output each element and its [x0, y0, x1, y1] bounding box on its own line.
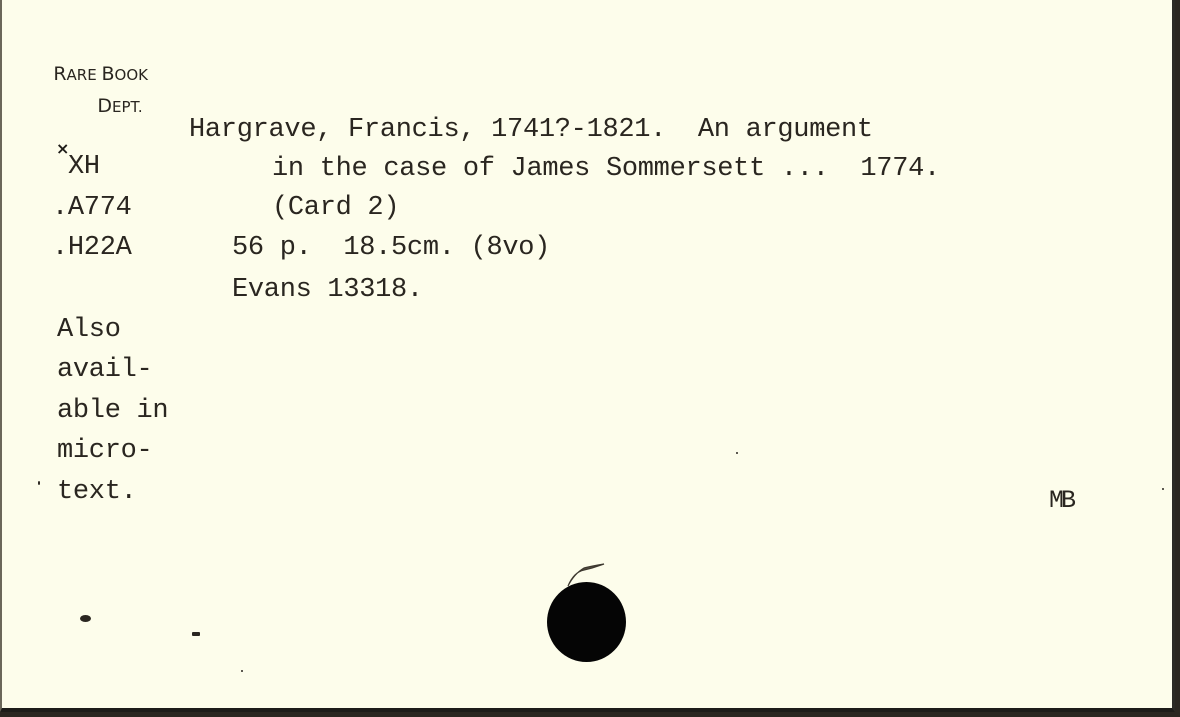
- entry-title: in the case of James Sommersett ... 1774…: [272, 156, 940, 183]
- ink-speck: [241, 670, 243, 672]
- stamp-initial: D: [97, 95, 112, 117]
- call-number-line-1: XH: [68, 154, 100, 181]
- availability-note-line: text.: [57, 479, 137, 506]
- availability-note-line: Also: [57, 317, 121, 344]
- availability-note-line: micro-: [57, 438, 152, 465]
- call-number-line-3: .H22A: [52, 235, 132, 262]
- ink-speck: [38, 481, 40, 485]
- entry-heading: Hargrave, Francis, 1741?-1821. An argume…: [189, 117, 873, 144]
- ink-speck: [80, 615, 91, 622]
- punch-hole: [547, 582, 626, 662]
- entry-reference: Evans 13318.: [232, 277, 423, 304]
- stamp-text: EPT.: [112, 98, 143, 116]
- availability-note-line: able in: [57, 398, 168, 425]
- ink-speck: [1162, 488, 1164, 490]
- ink-speck: [820, 128, 822, 130]
- catalog-card: RARE BOOK DEPT. × XH .A774 .H22A Hargrav…: [0, 0, 1175, 712]
- cataloger-initials: MB: [1049, 488, 1073, 513]
- department-stamp-line2: DEPT.: [77, 76, 143, 136]
- entry-card-note: (Card 2): [272, 195, 399, 222]
- ink-speck: [736, 452, 738, 454]
- stamp-initial: R: [53, 63, 66, 85]
- call-number-line-2: .A774: [52, 195, 132, 222]
- ink-speck: [192, 632, 200, 636]
- availability-note-line: avail-: [57, 357, 152, 384]
- entry-collation: 56 p. 18.5cm. (8vo): [232, 235, 550, 262]
